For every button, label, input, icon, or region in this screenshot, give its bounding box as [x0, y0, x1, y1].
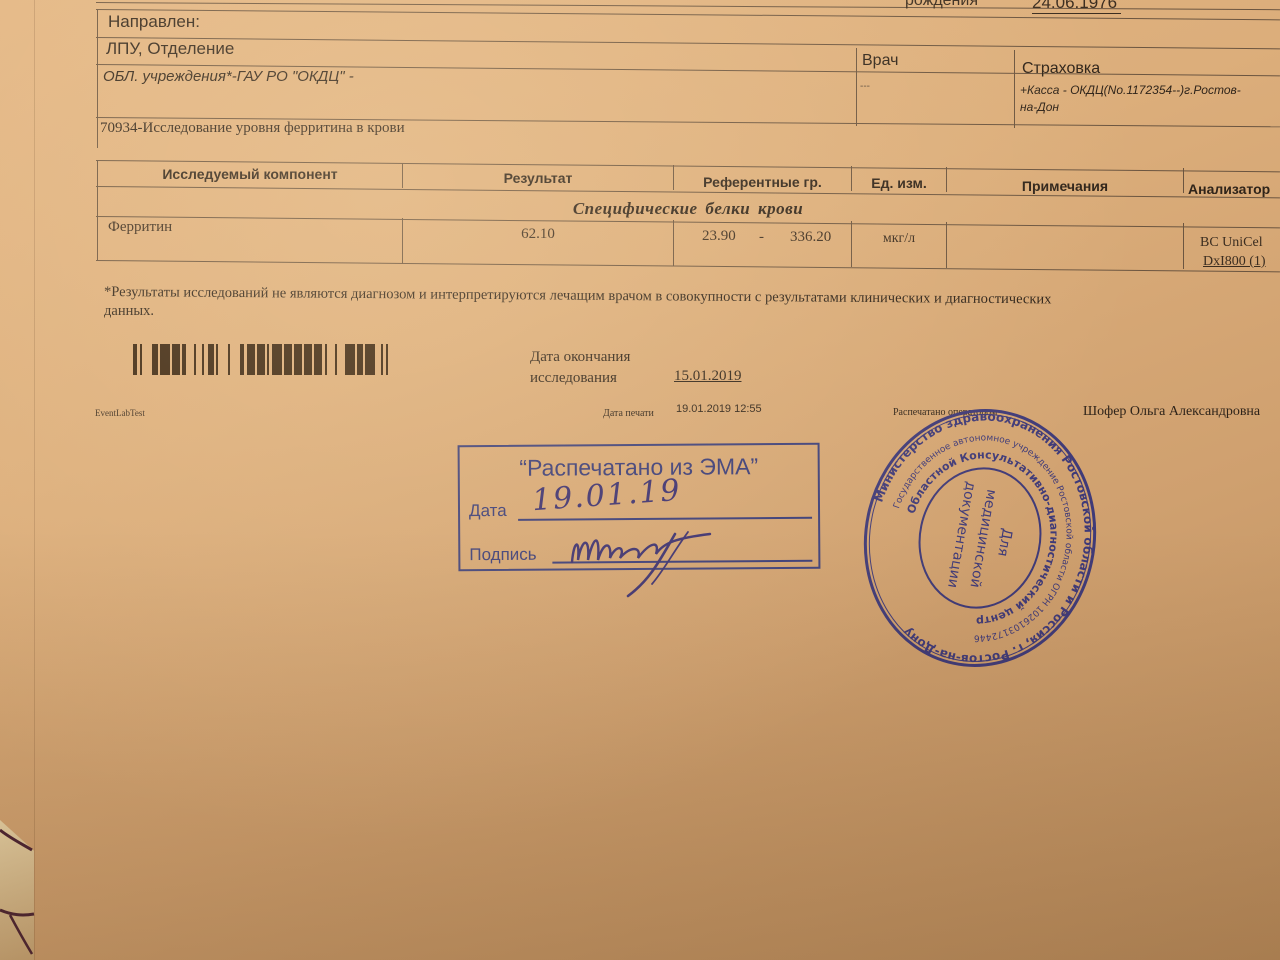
paper-left-edge — [34, 0, 35, 960]
insurance-value-line1: +Касса - ОКДЦ(No.1172354--)г.Ростов- — [1020, 83, 1241, 97]
analyzer-line1: BC UniCel — [1200, 235, 1263, 251]
system-name: EventLabTest — [95, 408, 145, 418]
completion-label-line1: Дата окончания — [530, 349, 630, 366]
lpu-value: ОБЛ. учреждения*-ГАУ РО "ОКДЦ" - — [103, 68, 354, 85]
print-date-label: Дата печати — [603, 408, 654, 419]
insurance-label: Страховка — [1022, 60, 1100, 78]
col-header-result: Результат — [403, 170, 673, 186]
handwritten-signature — [560, 520, 730, 600]
stamp-date-label: Дата — [469, 501, 507, 521]
completion-date: 15.01.2019 — [674, 368, 742, 385]
operator-name: Шофер Ольга Александровна — [1083, 404, 1260, 420]
reference-low: 23.90 — [702, 228, 736, 245]
col-header-unit: Ед. изм. — [852, 175, 946, 191]
completion-label-line2: исследования — [530, 370, 617, 387]
birth-date-label: рождения — [905, 0, 978, 10]
doctor-label: Врач — [862, 52, 898, 70]
disclaimer-line2: данных. — [104, 303, 154, 320]
col-header-notes: Примечания — [947, 178, 1183, 194]
seal-center-line1: Для — [994, 527, 1015, 558]
print-date-value: 19.01.2019 12:55 — [676, 403, 762, 415]
group-title: Специфические белки крови — [98, 199, 1278, 219]
col-header-analyzer: Анализатор — [1188, 181, 1280, 197]
doctor-value: --- — [860, 81, 870, 92]
component-cell: Ферритин — [108, 219, 172, 236]
analyzer-line2: DxI800 (1) — [1203, 254, 1266, 270]
test-name: 70934-Исследование уровня ферритина в кр… — [100, 120, 405, 137]
reference-sep: - — [759, 229, 764, 246]
disclaimer-line1: *Результаты исследований не являются диа… — [104, 284, 1052, 308]
reference-high: 336.20 — [790, 229, 831, 246]
lpu-label: ЛПУ, Отделение — [106, 39, 234, 59]
stamp-signature-label: Подпись — [469, 545, 536, 565]
directed-label: Направлен: — [108, 12, 200, 32]
official-round-seal: Министерство здравоохранения Ростовской … — [862, 405, 1098, 671]
col-header-reference: Референтные гр. — [674, 174, 851, 190]
col-header-component: Исследуемый компонент — [98, 166, 402, 182]
birth-date-value: 24.06.1976 — [1032, 0, 1121, 14]
result-cell: 62.10 — [403, 226, 673, 243]
insurance-value-line2: на-Дон — [1020, 100, 1059, 114]
barcode — [133, 344, 388, 375]
unit-cell: мкг/л — [852, 231, 946, 247]
